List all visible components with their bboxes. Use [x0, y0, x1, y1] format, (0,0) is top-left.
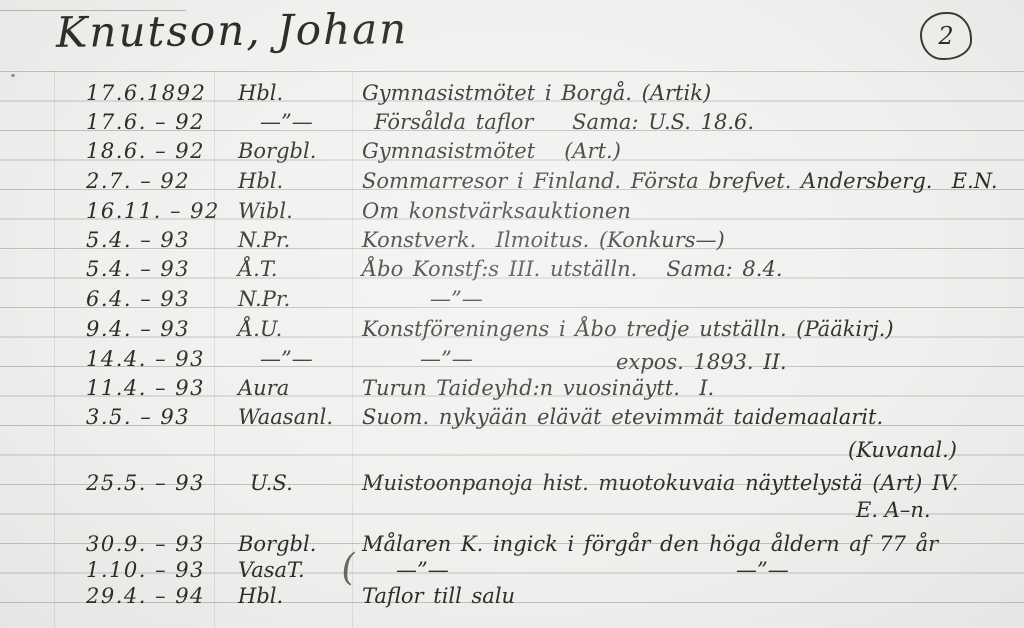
ledger-row: 5.4. – 93 N.Pr. Konstverk. Ilmoitus. (Ko…	[0, 225, 1024, 255]
entry-date: 5.4. – 93	[86, 225, 190, 255]
ledger-row: 6.4. – 93 N.Pr. —”—	[0, 284, 1024, 314]
ledger-row: 18.6. – 92 Borgbl. Gymnasistmötet (Art.)	[0, 136, 1024, 166]
pencil-dot	[11, 74, 15, 77]
ledger-row: 5.4. – 93 Å.T. Åbo Konstf:s III. utställ…	[0, 254, 1024, 284]
page-number-circle: 2	[920, 12, 972, 60]
entry-description: Försålda taflor Sama: U.S. 18.6.	[374, 107, 754, 137]
page-title: Knutson, Johan	[56, 4, 409, 57]
entry-description: Åbo Konstf:s III. utställn. Sama: 8.4.	[362, 254, 783, 284]
entry-date: 25.5. – 93	[86, 468, 205, 498]
ledger-row: 3.5. – 93 Waasanl. Suom. nykyään elävät …	[0, 402, 1024, 432]
ledger-row: 9.4. – 93 Å.U. Konstföreningens i Åbo tr…	[0, 314, 1024, 344]
entry-description: Gymnasistmötet i Borgå. (Artik)	[362, 78, 711, 108]
entry-description: Sommarresor i Finland. Första brefvet. A…	[362, 166, 998, 196]
entry-date: 3.5. – 93	[86, 402, 190, 432]
entry-date: 9.4. – 93	[86, 314, 190, 344]
entry-source-ditto: —”—	[260, 344, 313, 374]
ledger-row: 17.6.1892 Hbl. Gymnasistmötet i Borgå. (…	[0, 78, 1024, 108]
entry-source: Å.T.	[238, 254, 277, 284]
entry-description: Suom. nykyään elävät etevimmät taidemaal…	[362, 402, 883, 432]
entry-source: Aura	[238, 373, 289, 403]
entry-description: Gymnasistmötet (Art.)	[362, 136, 621, 166]
entry-date: 6.4. – 93	[86, 284, 190, 314]
entry-date: 29.4. – 94	[86, 581, 205, 611]
entry-source: Hbl.	[238, 581, 283, 611]
entry-source: Hbl.	[238, 166, 283, 196]
entry-source: N.Pr.	[238, 284, 290, 314]
entry-source: Å.U.	[238, 314, 282, 344]
scanned-ledger-card: ( Knutson, Johan 2 17.6.1892 Hbl. Gymnas…	[0, 0, 1024, 628]
ledger-row: 29.4. – 94 Hbl. Taflor till salu	[0, 581, 1024, 611]
entry-source: Hbl.	[238, 78, 283, 108]
entry-description: Om konstvärksauktionen	[362, 196, 631, 226]
ledger-row: 2.7. – 92 Hbl. Sommarresor i Finland. Fö…	[0, 166, 1024, 196]
ledger-row: 11.4. – 93 Aura Turun Taideyhd:n vuosinä…	[0, 373, 1024, 403]
entry-source: N.Pr.	[238, 225, 290, 255]
entry-note: E. A–n.	[856, 498, 931, 522]
page-number: 2	[938, 22, 953, 50]
ledger-row: 14.4. – 93 —”— —”— expos. 1893. II.	[0, 344, 1024, 374]
entry-description: Konstverk. Ilmoitus. (Konkurs—)	[362, 225, 725, 255]
ledger-row: 17.6. – 92 —”— Försålda taflor Sama: U.S…	[0, 107, 1024, 137]
entry-description-ditto: —”—	[430, 284, 483, 314]
entry-source: Waasanl.	[238, 402, 333, 432]
entry-description: Konstföreningens i Åbo tredje utställn. …	[362, 314, 894, 344]
entry-date: 5.4. – 93	[86, 254, 190, 284]
entry-description-ditto: —”—	[420, 344, 473, 374]
entry-date: 14.4. – 93	[86, 344, 205, 374]
ledger-row: 16.11. – 92 Wibl. Om konstvärksauktionen	[0, 196, 1024, 226]
entry-note: (Kuvanal.)	[848, 438, 957, 462]
entry-date: 17.6. – 92	[86, 107, 205, 137]
entry-date: 17.6.1892	[86, 78, 206, 108]
ledger-row: 25.5. – 93 U.S. Muistoonpanoja hist. muo…	[0, 468, 1024, 498]
entry-date: 11.4. – 93	[86, 373, 205, 403]
entry-source: Borgbl.	[238, 136, 316, 166]
entry-date: 18.6. – 92	[86, 136, 205, 166]
entry-description: Muistoonpanoja hist. muotokuvaia näyttel…	[362, 468, 959, 498]
entry-date: 16.11. – 92	[86, 196, 220, 226]
entry-source: Wibl.	[238, 196, 293, 226]
entry-description: Taflor till salu	[362, 581, 515, 611]
entry-source-ditto: —”—	[260, 107, 313, 137]
entry-date: 2.7. – 92	[86, 166, 190, 196]
entry-source: U.S.	[250, 468, 293, 498]
entry-description: Turun Taideyhd:n vuosinäytt. I.	[362, 373, 714, 403]
